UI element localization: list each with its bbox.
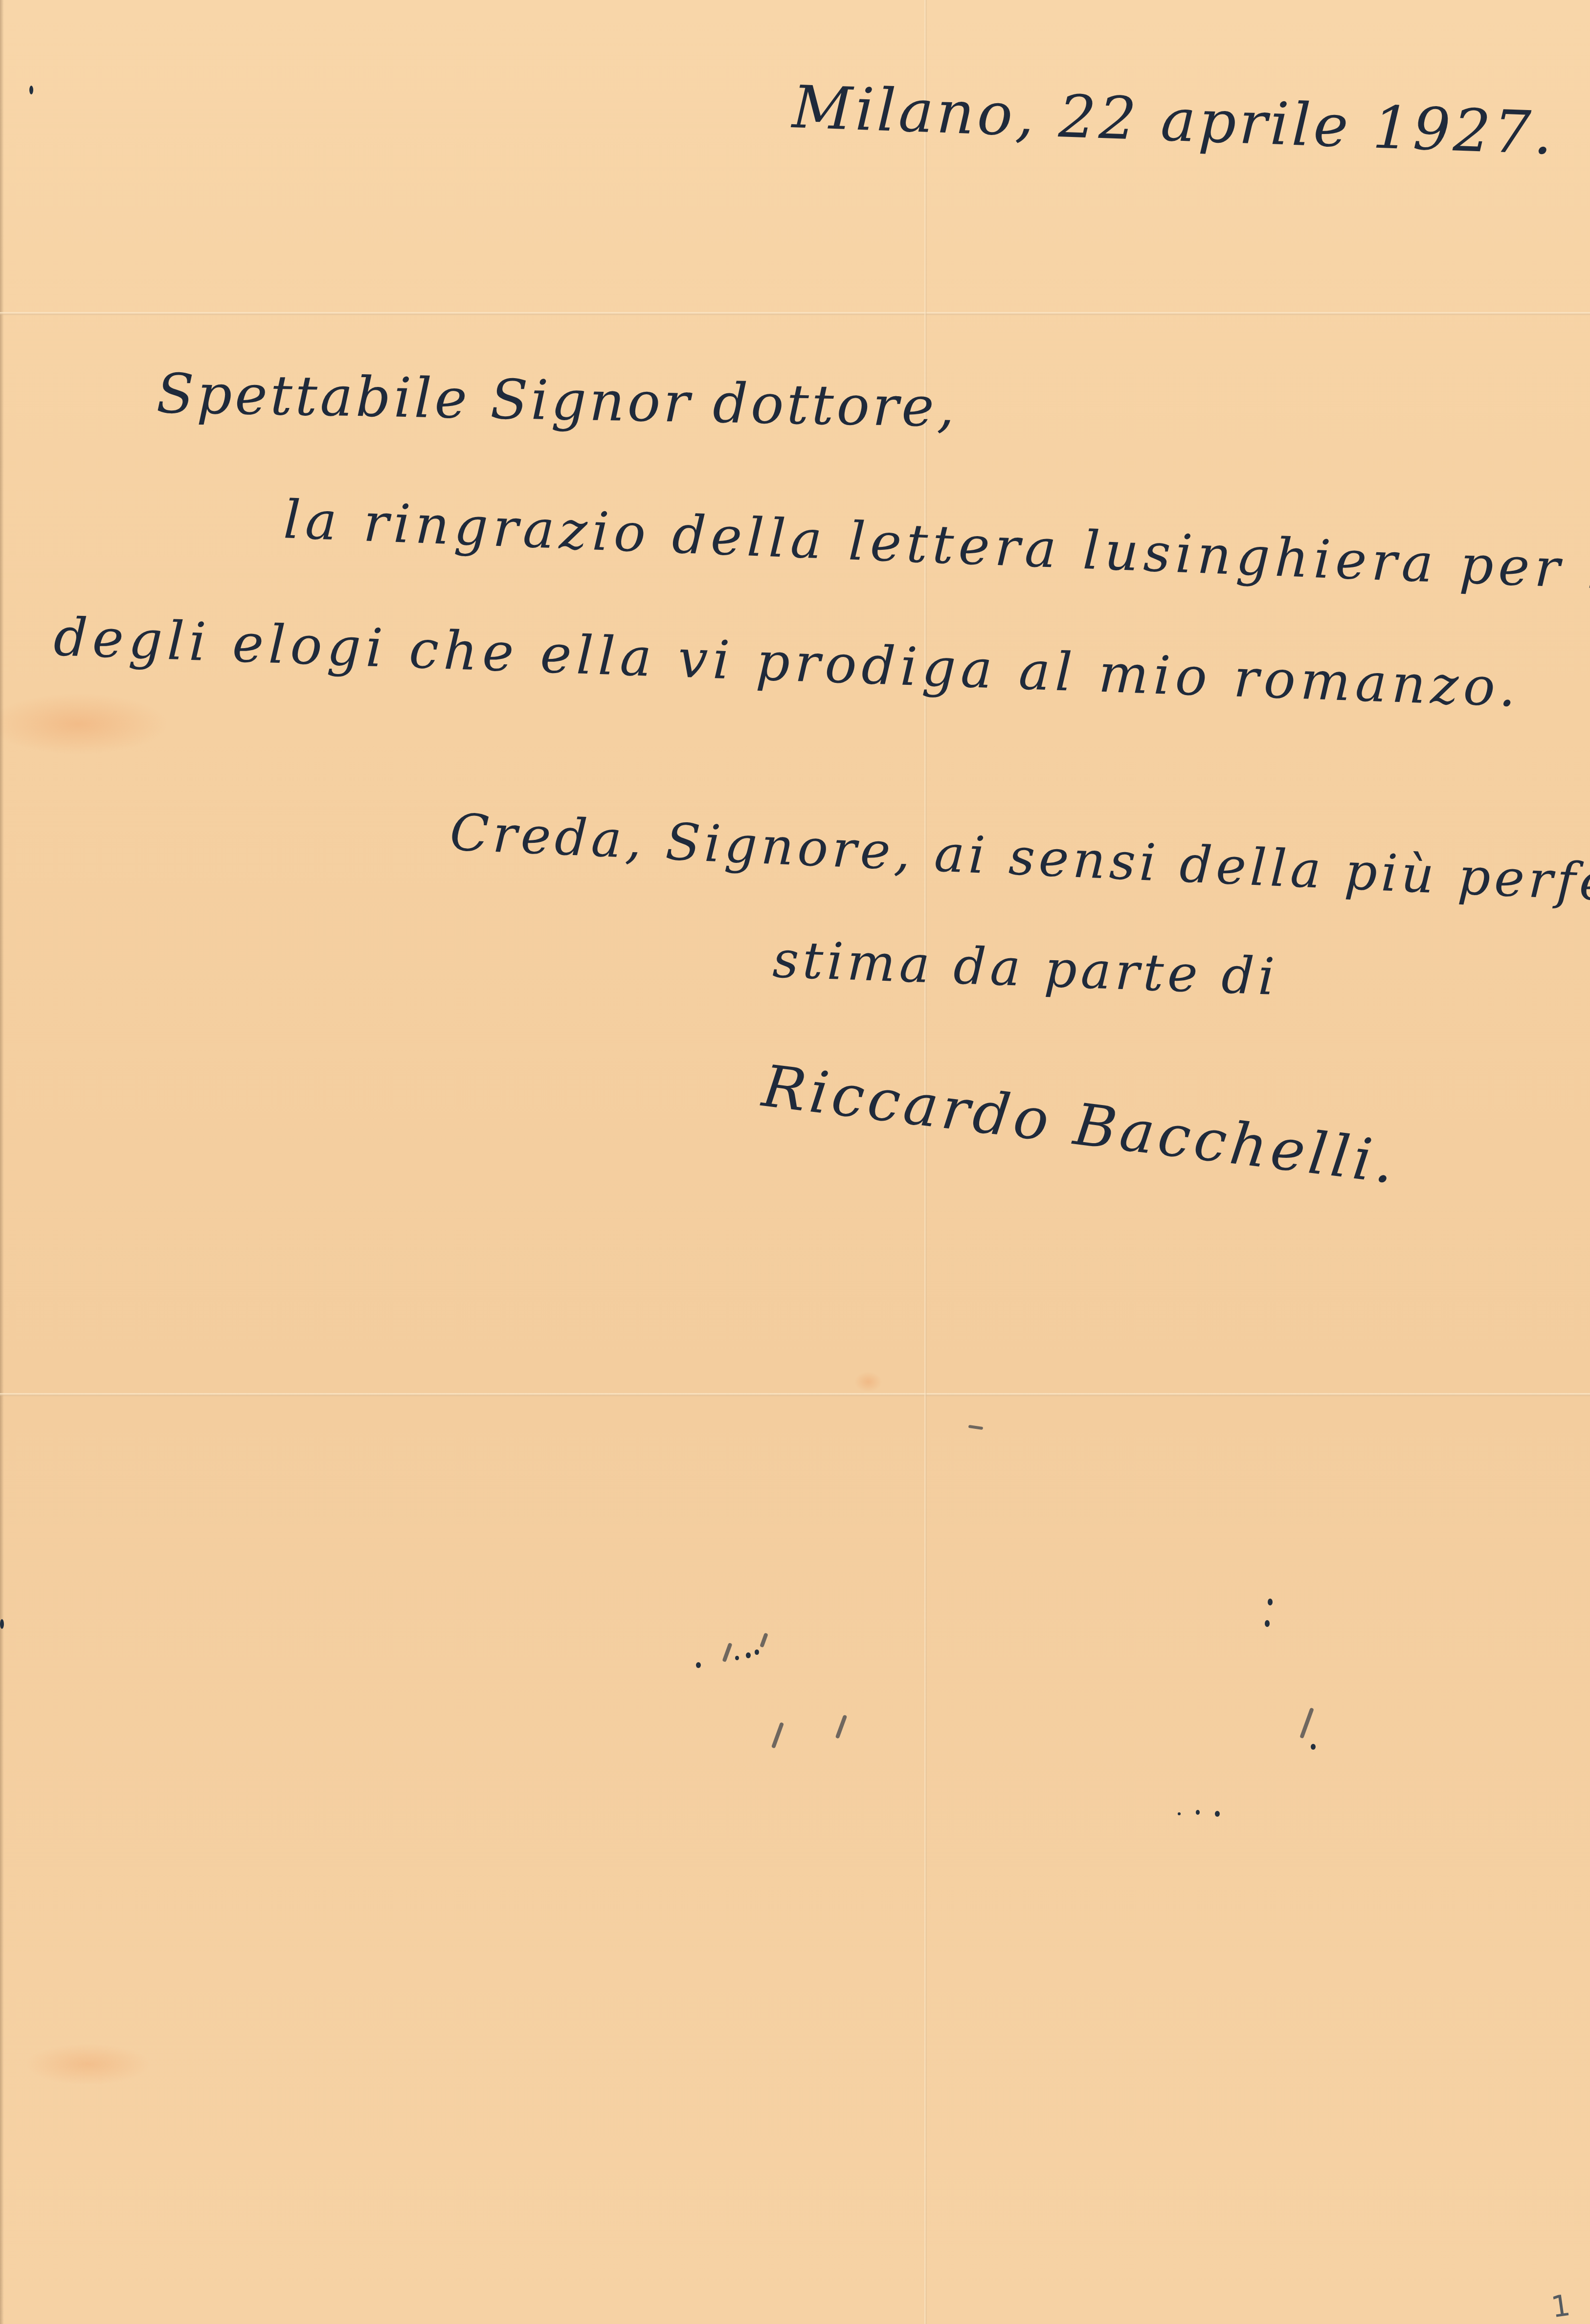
- place-date: Milano, 22 aprile 1927.: [791, 73, 1557, 168]
- letter-sheet: Milano, 22 aprile 1927. Spettabile Signo…: [0, 0, 1590, 2324]
- fold-line-middle: [0, 1393, 1590, 1396]
- fold-line-vertical: [924, 0, 927, 2324]
- closing-line-2: stima da parte di: [772, 929, 1279, 1007]
- page-number: 1: [1549, 2288, 1572, 2324]
- paper-left-edge: [0, 0, 4, 2324]
- fold-line-upper: [0, 312, 1590, 315]
- signature: Riccardo Bacchelli.: [759, 1052, 1402, 1197]
- body-line-1: la ringrazio della lettera lusinghiera p…: [283, 489, 1590, 606]
- salutation: Spettabile Signor dottore,: [156, 362, 958, 440]
- closing-line-1: Creda, Signore, ai sensi della più perfe…: [448, 802, 1590, 916]
- body-line-2: degli elogi che ella vi prodiga al mio r…: [53, 607, 1522, 719]
